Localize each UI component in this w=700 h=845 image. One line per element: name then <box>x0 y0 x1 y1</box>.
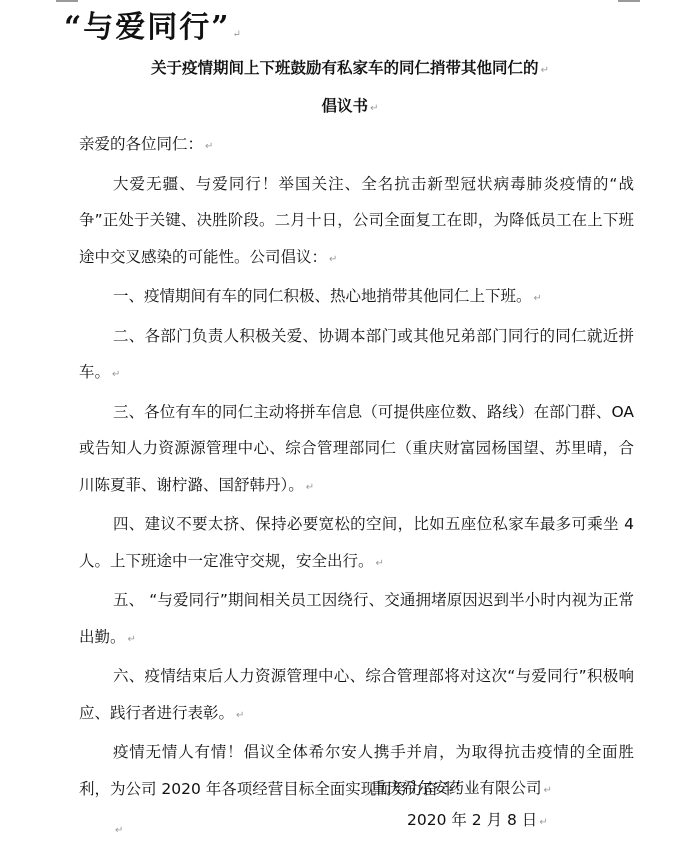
paragraph-mark-icon: ↵ <box>544 785 552 796</box>
paragraph-text: 二、各部门负责人积极关爱、协调本部门或其他兄弟部门同行的同仁就近拼车。 <box>79 327 634 382</box>
paragraph-item-3: 三、各位有车的同仁主动将拼车信息（可提供座位数、路线）在部门群、OA 或告知人力… <box>79 394 634 507</box>
paragraph-closing: 疫情无情人有情！倡议全体希尔安人携手并肩，为取得抗击疫情的全面胜利，为公司 20… <box>79 734 634 810</box>
paragraph-mark-icon: ↵ <box>115 825 123 836</box>
paragraph-mark-icon: ↵ <box>205 141 213 152</box>
paragraph-item-4: 四、建议不要太挤、保持必要宽松的空间，比如五座位私家车最多可乘坐 4 人。上下班… <box>79 506 634 582</box>
page-corner-mark-right <box>618 0 640 2</box>
paragraph-mark-icon: ↵ <box>370 103 378 114</box>
paragraph-mark-icon: ↵ <box>534 293 542 304</box>
signature-date: 2020 年 2 月 8 日↵ <box>407 808 548 830</box>
slogan-text: “与爱同行” <box>64 10 231 45</box>
paragraph-mark-icon: ↵ <box>376 558 384 569</box>
salutation-text: 亲爱的各位同仁： <box>79 135 203 153</box>
paragraph-text: 三、各位有车的同仁主动将拼车信息（可提供座位数、路线）在部门群、OA 或告知人力… <box>79 403 634 494</box>
title-line1-text: 关于疫情期间上下班鼓励有私家车的同仁捎带其他同仁的 <box>151 59 539 77</box>
paragraph-mark-icon: ↵ <box>329 254 337 265</box>
paragraph-mark-icon: ↵ <box>541 65 549 76</box>
paragraph-mark-icon: ↵ <box>128 634 136 645</box>
document-title-line1: 关于疫情期间上下班鼓励有私家车的同仁捎带其他同仁的↵ <box>0 56 700 78</box>
paragraph-text: 大爱无疆、与爱同行！举国关注、全名抗击新型冠状病毒肺炎疫情的“战争”正处于关键、… <box>79 175 634 266</box>
paragraph-item-2: 二、各部门负责人积极关爱、协调本部门或其他兄弟部门同行的同仁就近拼车。↵ <box>79 318 634 394</box>
paragraph-mark-icon: ↵ <box>112 369 120 380</box>
paragraph-text: 四、建议不要太挤、保持必要宽松的空间，比如五座位私家车最多可乘坐 4 人。上下班… <box>79 515 634 570</box>
paragraph-mark-icon: ↵ <box>539 817 547 828</box>
paragraph-intro: 大爱无疆、与爱同行！举国关注、全名抗击新型冠状病毒肺炎疫情的“战争”正处于关键、… <box>79 166 634 279</box>
signature-company: 重庆希尔安药业有限公司↵ <box>371 776 552 798</box>
paragraph-text: 六、疫情结束后人力资源管理中心、综合管理部将对这次“与爱同行”积极响应、践行者进… <box>79 667 634 722</box>
signature-date-text: 2020 年 2 月 8 日 <box>407 811 537 829</box>
salutation: 亲爱的各位同仁：↵ <box>79 126 634 166</box>
slogan-heading: “与爱同行”↵ <box>64 2 243 46</box>
paragraph-item-1: 一、疫情期间有车的同仁积极、热心地捎带其他同仁上下班。↵ <box>79 278 634 318</box>
paragraph-item-5: 五、 “与爱同行”期间相关员工因绕行、交通拥堵原因迟到半小时内视为正常出勤。↵ <box>79 582 634 658</box>
paragraph-text: 一、疫情期间有车的同仁积极、热心地捎带其他同仁上下班。 <box>113 287 532 305</box>
paragraph-mark-icon: ↵ <box>306 482 314 493</box>
paragraph-item-6: 六、疫情结束后人力资源管理中心、综合管理部将对这次“与爱同行”积极响应、践行者进… <box>79 658 634 734</box>
document-body: 亲爱的各位同仁：↵ 大爱无疆、与爱同行！举国关注、全名抗击新型冠状病毒肺炎疫情的… <box>79 126 634 845</box>
paragraph-mark-icon: ↵ <box>236 710 244 721</box>
title-line2-text: 倡议书 <box>322 97 369 115</box>
paragraph-mark-icon: ↵ <box>233 29 243 40</box>
paragraph-text: 五、 “与爱同行”期间相关员工因绕行、交通拥堵原因迟到半小时内视为正常出勤。 <box>79 591 634 646</box>
empty-paragraph: ↵ <box>79 810 634 845</box>
signature-company-text: 重庆希尔安药业有限公司 <box>371 779 542 797</box>
document-title-line2: 倡议书↵ <box>0 94 700 116</box>
